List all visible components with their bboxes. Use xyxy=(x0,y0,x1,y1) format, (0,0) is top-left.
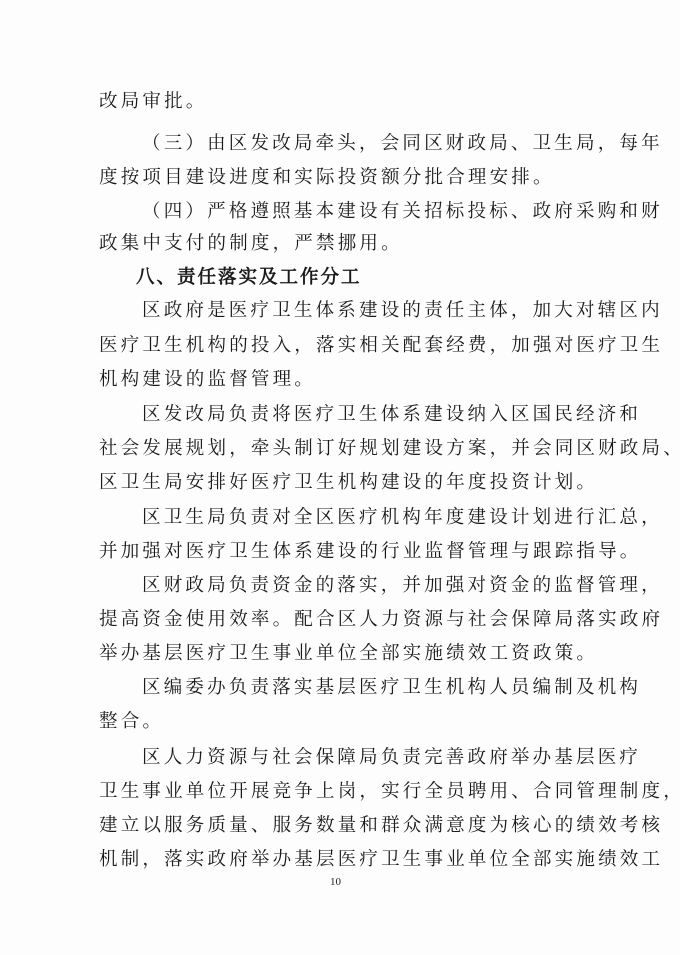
text-line: 区发改局负责将医疗卫生体系建设纳入区国民经济和 xyxy=(142,403,647,427)
text-line: 区卫生局安排好医疗卫生机构建设的年度投资计划。 xyxy=(99,471,604,495)
text-line: 区卫生局负责对全区医疗机构年度建设计划进行汇总， xyxy=(142,506,647,530)
text-line: 机制，落实政府举办基层医疗卫生事业单位全部实施绩效工 xyxy=(99,848,604,872)
page-number: 10 xyxy=(330,876,341,888)
text-line: 社会发展规划，牵头制订好规划建设方案，并会同区财政局、 xyxy=(99,437,604,461)
text-line: 举办基层医疗卫生事业单位全部实施绩效工资政策。 xyxy=(99,642,604,666)
text-line: 区财政局负责资金的落实，并加强对资金的监督管理， xyxy=(142,574,647,598)
text-line: （三）由区发改局牵头，会同区财政局、卫生局，每年 xyxy=(142,132,647,156)
text-line: 政集中支付的制度，严禁挪用。 xyxy=(99,232,604,256)
text-line: 并加强对医疗卫生体系建设的行业监督管理与跟踪指导。 xyxy=(99,540,604,564)
text-line: 区政府是医疗卫生体系建设的责任主体，加大对辖区内 xyxy=(142,299,647,323)
section-heading: 八、责任落实及工作分工 xyxy=(136,266,641,290)
text-line: 区编委办负责落实基层医疗卫生机构人员编制及机构 xyxy=(142,676,647,700)
text-line: 整合。 xyxy=(99,710,604,734)
text-line: 区人力资源与社会保障局负责完善政府举办基层医疗 xyxy=(142,746,647,770)
text-line: （四）严格遵照基本建设有关招标投标、政府采购和财 xyxy=(142,200,647,224)
text-line: 机构建设的监督管理。 xyxy=(99,368,604,392)
text-line: 卫生事业单位开展竞争上岗，实行全员聘用、合同管理制度， xyxy=(99,780,604,804)
text-line: 医疗卫生机构的投入，落实相关配套经费，加强对医疗卫生 xyxy=(99,334,604,358)
text-line: 改局审批。 xyxy=(99,90,604,114)
text-line: 建立以服务质量、服务数量和群众满意度为核心的绩效考核 xyxy=(99,814,604,838)
text-line: 提高资金使用效率。配合区人力资源与社会保障局落实政府 xyxy=(99,608,604,632)
text-line: 度按项目建设进度和实际投资额分批合理安排。 xyxy=(99,166,604,190)
document-page: 改局审批。 （三）由区发改局牵头，会同区财政局、卫生局，每年 度按项目建设进度和… xyxy=(0,0,680,955)
